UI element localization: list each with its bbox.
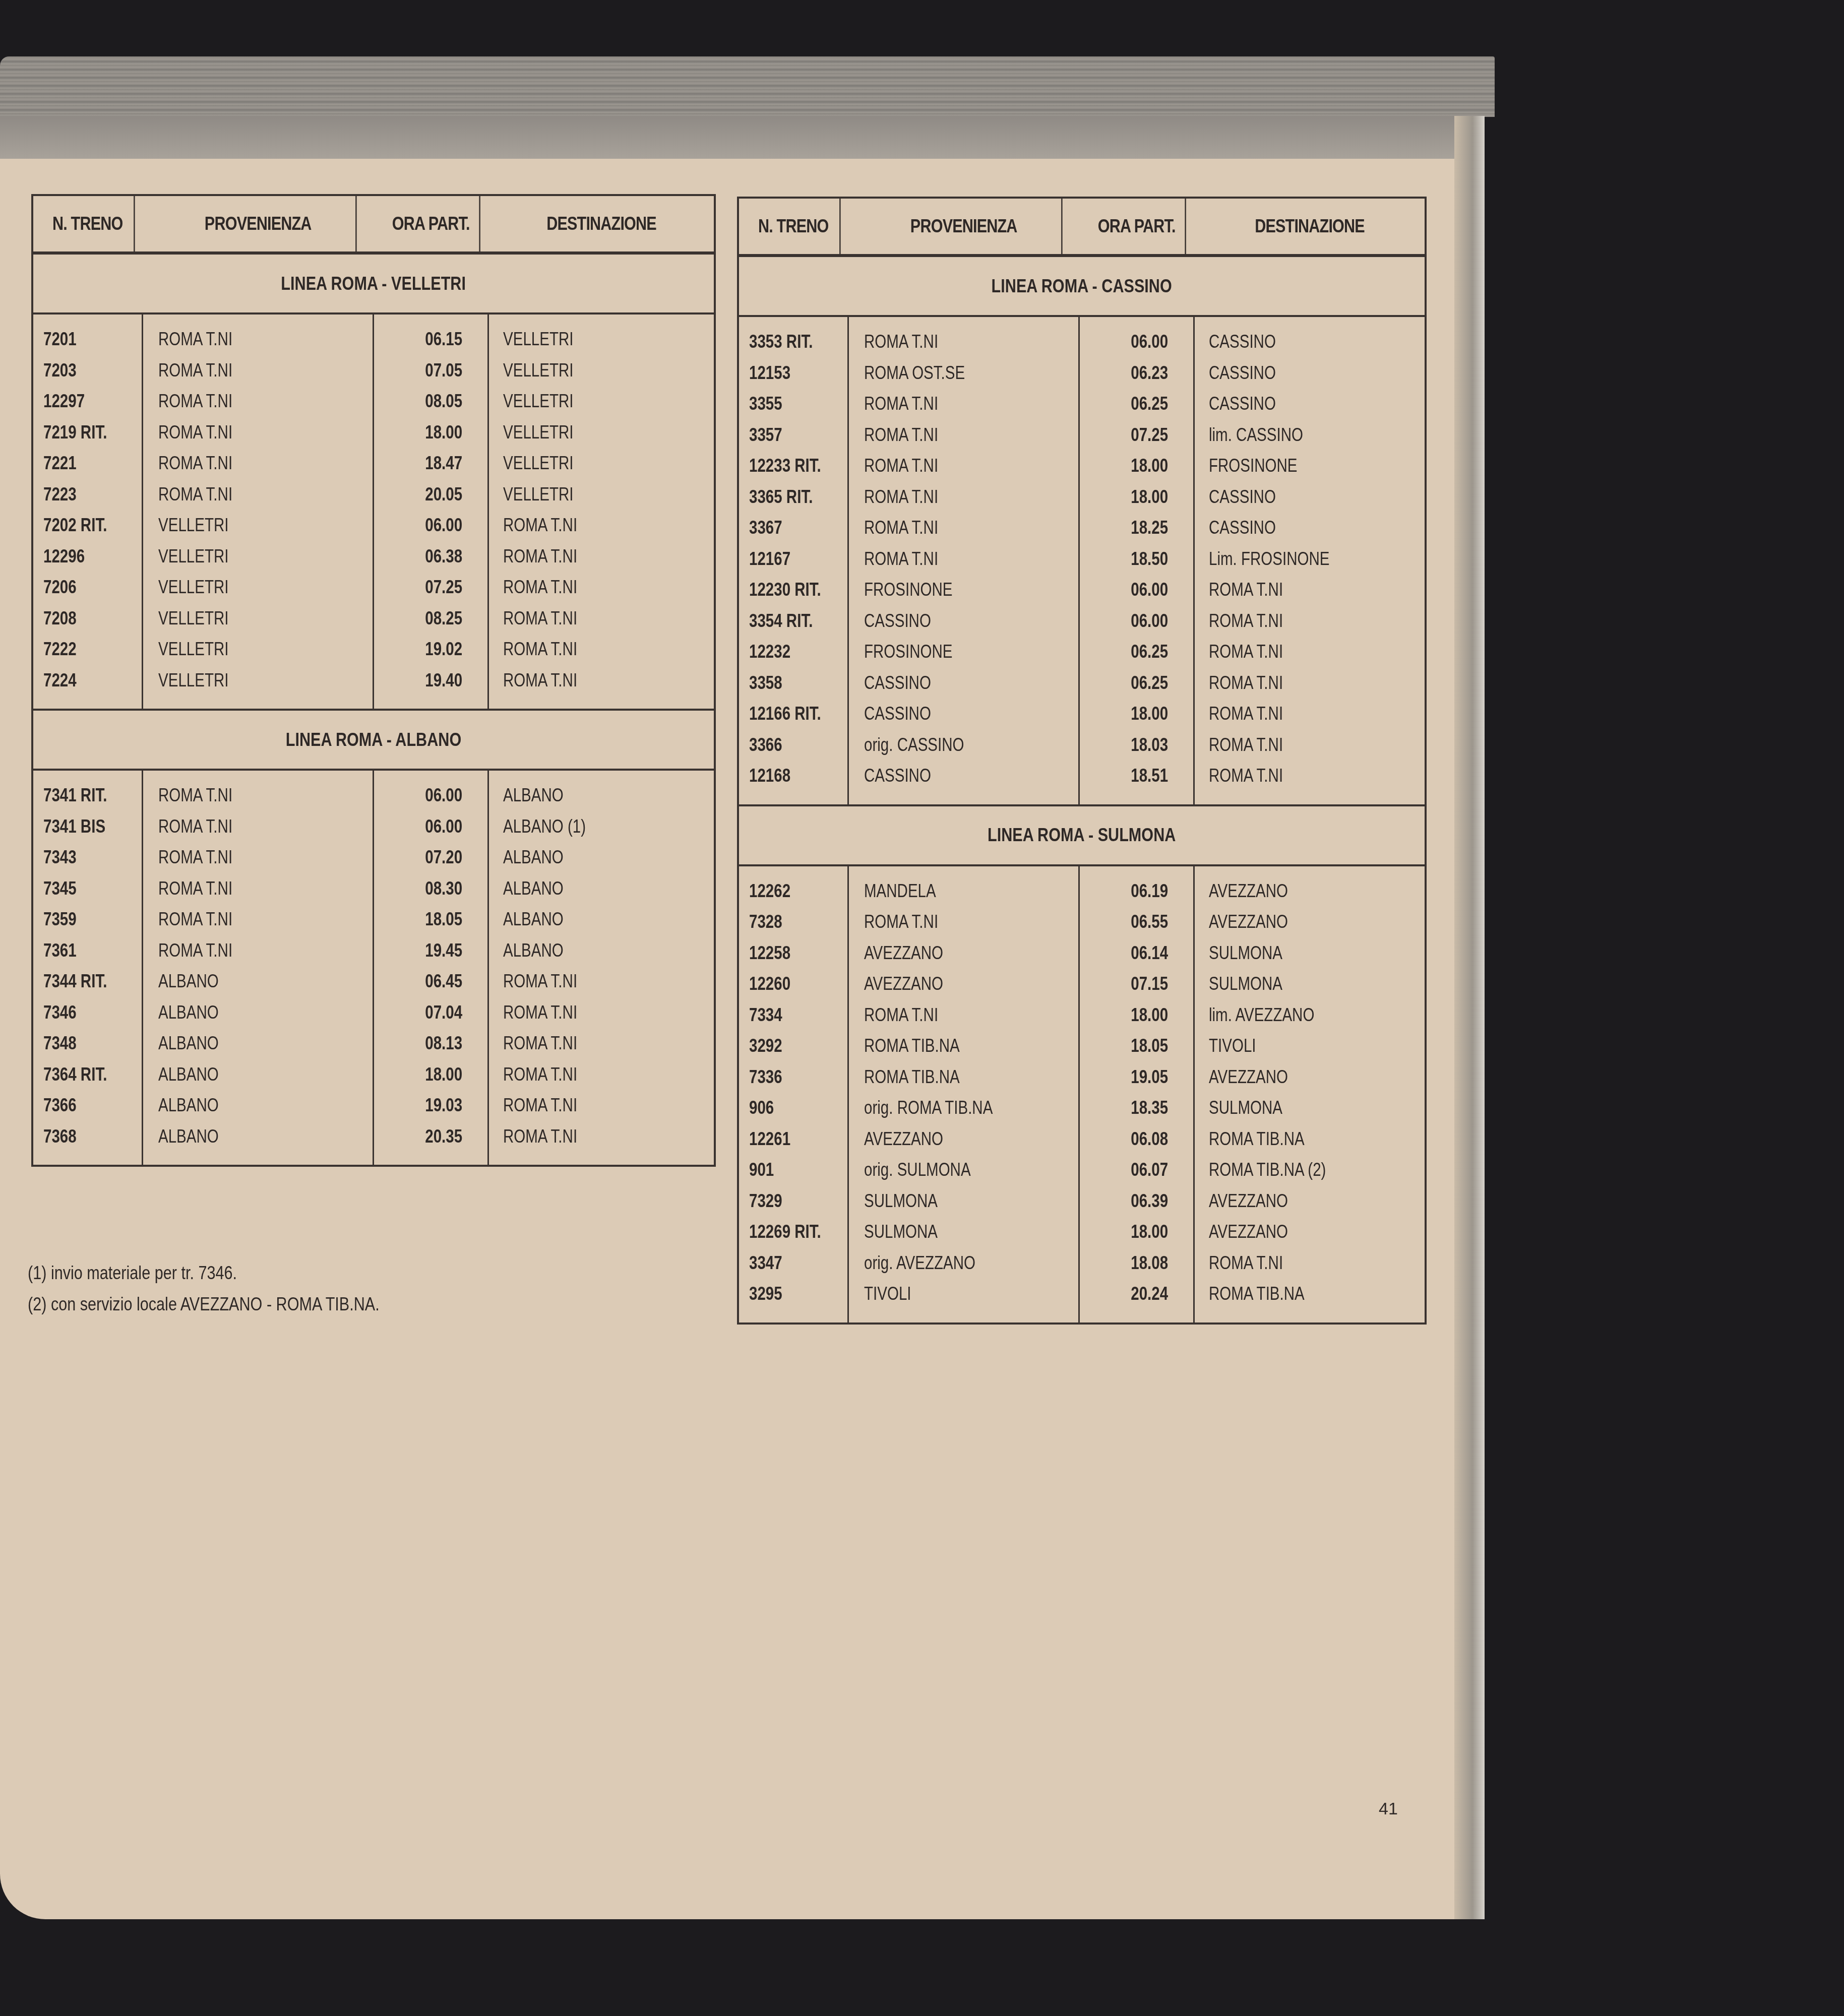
header-origin: PROVENIENZA — [160, 196, 356, 251]
departure-time-cell: 06.00 — [374, 811, 487, 842]
departure-time-cell: 07.25 — [374, 572, 487, 603]
train-number-cell: 7219 RIT. — [33, 417, 142, 448]
destination-cell: ROMA T.NI — [1195, 729, 1425, 761]
origin-cell: CASSINO — [849, 605, 1078, 637]
train-number-cell: 7343 — [33, 842, 142, 873]
train-number-cell: 12261 — [739, 1123, 847, 1155]
destination-column: ALBANOALBANO (1)ALBANOALBANOALBANOALBANO… — [489, 771, 714, 1165]
footnote-2: (2) con servizio locale AVEZZANO - ROMA … — [28, 1289, 442, 1320]
origin-cell: ROMA T.NI — [143, 873, 373, 904]
origin-cell: ROMA T.NI — [143, 355, 373, 386]
train-number-cell: 12153 — [739, 357, 847, 389]
departure-time-cell: 06.19 — [1080, 875, 1193, 907]
departure-time-cell: 18.05 — [1080, 1030, 1193, 1061]
train-number-cell: 3357 — [739, 419, 847, 451]
departure-time-cell: 06.00 — [1080, 574, 1193, 605]
destination-cell: VELLETRI — [489, 324, 714, 355]
destination-cell: ROMA T.NI — [489, 1121, 714, 1152]
departure-time-cell: 18.47 — [374, 448, 487, 479]
train-number-cell: 3353 RIT. — [739, 326, 847, 357]
origin-cell: AVEZZANO — [849, 968, 1078, 999]
destination-cell: VELLETRI — [489, 448, 714, 479]
departure-time-cell: 18.00 — [1080, 698, 1193, 729]
line-section: LINEA ROMA - SULMONA12262732812258122607… — [739, 806, 1425, 1322]
page-number: 41 — [1379, 1799, 1398, 1819]
departure-time-cell: 18.35 — [1080, 1092, 1193, 1123]
origin-cell: orig. CASSINO — [849, 729, 1078, 761]
destination-cell: ROMA T.NI — [489, 966, 714, 997]
destination-cell: SULMONA — [1195, 968, 1425, 999]
origin-cell: ROMA T.NI — [143, 479, 373, 510]
train-number-cell: 12167 — [739, 543, 847, 575]
train-number-cell: 7341 RIT. — [33, 780, 142, 811]
departure-time-cell: 06.00 — [374, 780, 487, 811]
departure-time-cell: 06.25 — [1080, 667, 1193, 699]
origin-cell: VELLETRI — [143, 603, 373, 634]
train-number-cell: 7345 — [33, 873, 142, 904]
destination-column: AVEZZANOAVEZZANOSULMONASULMONAlim. AVEZZ… — [1195, 866, 1425, 1322]
departure-time-cell: 06.07 — [1080, 1154, 1193, 1185]
train-rows: 7341 RIT.7341 BIS73437345735973617344 RI… — [33, 771, 714, 1165]
origin-cell: ALBANO — [143, 1090, 373, 1121]
origin-cell: ROMA T.NI — [143, 780, 373, 811]
origin-cell: AVEZZANO — [849, 1123, 1078, 1155]
destination-cell: ALBANO — [489, 780, 714, 811]
destination-cell: AVEZZANO — [1195, 875, 1425, 907]
train-number-cell: 12230 RIT. — [739, 574, 847, 605]
train-number-cell: 3367 — [739, 512, 847, 543]
departure-time-cell: 06.55 — [1080, 906, 1193, 937]
header-origin: PROVENIENZA — [866, 199, 1062, 254]
departure-time-cell: 06.38 — [374, 541, 487, 572]
origin-cell: ROMA T.NI — [143, 811, 373, 842]
train-number-cell: 3358 — [739, 667, 847, 699]
train-number-cell: 12260 — [739, 968, 847, 999]
departure-time-cell: 18.00 — [1080, 999, 1193, 1031]
origin-cell: ROMA OST.SE — [849, 357, 1078, 389]
departure-time-cell: 06.08 — [1080, 1123, 1193, 1155]
destination-cell: ALBANO — [489, 842, 714, 873]
destination-cell: CASSINO — [1195, 512, 1425, 543]
destination-cell: ROMA T.NI — [489, 572, 714, 603]
train-number-cell: 7208 — [33, 603, 142, 634]
departure-time-cell: 08.13 — [374, 1028, 487, 1059]
departure-time-cell: 06.00 — [374, 510, 487, 541]
origin-cell: CASSINO — [849, 667, 1078, 699]
destination-cell: ALBANO — [489, 935, 714, 966]
train-number-cell: 7201 — [33, 324, 142, 355]
destination-cell: ROMA T.NI — [489, 665, 714, 696]
origin-cell: CASSINO — [849, 698, 1078, 729]
departure-time-cell: 06.25 — [1080, 388, 1193, 419]
train-number-cell: 3355 — [739, 388, 847, 419]
origin-cell: MANDELA — [849, 875, 1078, 907]
destination-cell: CASSINO — [1195, 388, 1425, 419]
line-section: LINEA ROMA - VELLETRI72017203122977219 R… — [33, 255, 714, 711]
train-number-cell: 3354 RIT. — [739, 605, 847, 637]
train-number-cell: 3295 — [739, 1278, 847, 1309]
destination-column: VELLETRIVELLETRIVELLETRIVELLETRIVELLETRI… — [489, 314, 714, 709]
destination-cell: AVEZZANO — [1195, 1061, 1425, 1093]
origin-cell: orig. AVEZZANO — [849, 1247, 1078, 1279]
origin-cell: VELLETRI — [143, 634, 373, 665]
train-number-cell: 7221 — [33, 448, 142, 479]
train-number-cell: 7328 — [739, 906, 847, 937]
departure-time-cell: 19.40 — [374, 665, 487, 696]
train-number-cell: 7344 RIT. — [33, 966, 142, 997]
destination-cell: ROMA T.NI — [1195, 574, 1425, 605]
origin-cell: ROMA T.NI — [849, 326, 1078, 357]
train-number-cell: 7348 — [33, 1028, 142, 1059]
origin-column: ROMA T.NIROMA T.NIROMA T.NIROMA T.NIROMA… — [143, 771, 374, 1165]
train-number-cell: 12297 — [33, 386, 142, 417]
train-number-cell: 7341 BIS — [33, 811, 142, 842]
departure-time-cell: 20.24 — [1080, 1278, 1193, 1309]
departure-time-column: 06.0006.0007.2008.3018.0519.4506.4507.04… — [374, 771, 489, 1165]
departure-time-cell: 06.00 — [1080, 605, 1193, 637]
origin-cell: ALBANO — [143, 997, 373, 1028]
train-number-cell: 901 — [739, 1154, 847, 1185]
origin-cell: ALBANO — [143, 1059, 373, 1090]
origin-cell: ROMA T.NI — [143, 324, 373, 355]
departure-time-cell: 08.25 — [374, 603, 487, 634]
origin-cell: orig. ROMA TIB.NA — [849, 1092, 1078, 1123]
header-destination: DESTINAZIONE — [506, 196, 697, 251]
destination-cell: ROMA T.NI — [1195, 605, 1425, 637]
destination-cell: SULMONA — [1195, 1092, 1425, 1123]
destination-cell: VELLETRI — [489, 479, 714, 510]
origin-cell: ROMA T.NI — [849, 512, 1078, 543]
destination-cell: CASSINO — [1195, 326, 1425, 357]
header-train-number: N. TRENO — [747, 199, 840, 254]
destination-cell: Lim. FROSINONE — [1195, 543, 1425, 575]
train-number-cell: 12269 RIT. — [739, 1216, 847, 1247]
origin-cell: ALBANO — [143, 966, 373, 997]
page-right-edge — [1454, 116, 1485, 1919]
train-number-cell: 7206 — [33, 572, 142, 603]
destination-cell: ROMA T.NI — [1195, 760, 1425, 791]
train-number-column: 72017203122977219 RIT.722172237202 RIT.1… — [33, 314, 143, 709]
train-number-cell: 12262 — [739, 875, 847, 907]
origin-cell: ROMA T.NI — [849, 481, 1078, 513]
departure-time-cell: 18.25 — [1080, 512, 1193, 543]
destination-cell: CASSINO — [1195, 481, 1425, 513]
departure-time-cell: 19.45 — [374, 935, 487, 966]
origin-cell: AVEZZANO — [849, 937, 1078, 969]
right-sections: LINEA ROMA - CASSINO3353 RIT.12153335533… — [739, 257, 1425, 1322]
train-number-cell: 7222 — [33, 634, 142, 665]
departure-time-column: 06.1906.5506.1407.1518.0018.0519.0518.35… — [1080, 866, 1195, 1322]
origin-cell: VELLETRI — [143, 572, 373, 603]
train-number-cell: 12166 RIT. — [739, 698, 847, 729]
footnote-1: (1) invio materiale per tr. 7346. — [28, 1257, 442, 1289]
destination-cell: ROMA T.NI — [489, 510, 714, 541]
header-train-number: N. TRENO — [41, 196, 135, 251]
departure-time-cell: 18.00 — [374, 1059, 487, 1090]
destination-cell: VELLETRI — [489, 386, 714, 417]
destination-cell: FROSINONE — [1195, 450, 1425, 481]
train-number-cell: 12232 — [739, 636, 847, 667]
origin-cell: ROMA T.NI — [849, 543, 1078, 575]
train-number-cell: 7223 — [33, 479, 142, 510]
origin-cell: ALBANO — [143, 1121, 373, 1152]
destination-cell: ROMA TIB.NA — [1195, 1278, 1425, 1309]
destination-cell: ROMA T.NI — [1195, 667, 1425, 699]
departure-time-column: 06.0006.2306.2507.2518.0018.0018.2518.50… — [1080, 317, 1195, 804]
departure-time-cell: 18.05 — [374, 904, 487, 935]
train-number-cell: 7364 RIT. — [33, 1059, 142, 1090]
destination-cell: ROMA TIB.NA (2) — [1195, 1154, 1425, 1185]
departure-time-cell: 06.14 — [1080, 937, 1193, 969]
destination-cell: lim. AVEZZANO — [1195, 999, 1425, 1031]
destination-cell: CASSINO — [1195, 357, 1425, 389]
departure-time-cell: 06.25 — [1080, 636, 1193, 667]
destination-cell: ALBANO (1) — [489, 811, 714, 842]
departure-time-cell: 18.00 — [1080, 450, 1193, 481]
destination-cell: AVEZZANO — [1195, 1216, 1425, 1247]
departure-time-cell: 07.04 — [374, 997, 487, 1028]
train-number-cell: 7329 — [739, 1185, 847, 1217]
destination-cell: TIVOLI — [1195, 1030, 1425, 1061]
departure-time-cell: 19.03 — [374, 1090, 487, 1121]
origin-column: MANDELAROMA T.NIAVEZZANOAVEZZANOROMA T.N… — [849, 866, 1080, 1322]
header-departure-time: ORA PART. — [1088, 199, 1186, 254]
departure-time-cell: 07.05 — [374, 355, 487, 386]
train-number-cell: 12296 — [33, 541, 142, 572]
departure-time-cell: 20.35 — [374, 1121, 487, 1152]
departure-time-cell: 19.05 — [1080, 1061, 1193, 1093]
destination-cell: VELLETRI — [489, 417, 714, 448]
line-title: LINEA ROMA - VELLETRI — [33, 255, 714, 314]
train-number-cell: 7359 — [33, 904, 142, 935]
train-number-cell: 12168 — [739, 760, 847, 791]
train-number-column: 7341 RIT.7341 BIS73437345735973617344 RI… — [33, 771, 143, 1165]
origin-cell: FROSINONE — [849, 574, 1078, 605]
train-number-cell: 3292 — [739, 1030, 847, 1061]
train-number-cell: 12233 RIT. — [739, 450, 847, 481]
departure-time-cell: 18.08 — [1080, 1247, 1193, 1279]
destination-cell: ROMA T.NI — [1195, 698, 1425, 729]
line-title: LINEA ROMA - CASSINO — [739, 257, 1425, 317]
departure-time-cell: 19.02 — [374, 634, 487, 665]
origin-cell: orig. SULMONA — [849, 1154, 1078, 1185]
origin-cell: ROMA T.NI — [849, 450, 1078, 481]
origin-column: ROMA T.NIROMA OST.SEROMA T.NIROMA T.NIRO… — [849, 317, 1080, 804]
train-number-cell: 7203 — [33, 355, 142, 386]
destination-cell: ROMA T.NI — [1195, 636, 1425, 667]
origin-cell: ROMA T.NI — [143, 417, 373, 448]
departure-time-cell: 06.15 — [374, 324, 487, 355]
origin-column: ROMA T.NIROMA T.NIROMA T.NIROMA T.NIROMA… — [143, 314, 374, 709]
destination-cell: SULMONA — [1195, 937, 1425, 969]
destination-cell: AVEZZANO — [1195, 1185, 1425, 1217]
departure-time-cell: 18.00 — [1080, 481, 1193, 513]
destination-cell: ROMA T.NI — [489, 603, 714, 634]
table-header: N. TRENO PROVENIENZA ORA PART. DESTINAZI… — [33, 196, 714, 255]
departure-time-column: 06.1507.0508.0518.0018.4720.0506.0006.38… — [374, 314, 489, 709]
train-number-cell: 3365 RIT. — [739, 481, 847, 513]
book-page-edges — [0, 56, 1495, 117]
line-title: LINEA ROMA - SULMONA — [739, 806, 1425, 866]
origin-cell: SULMONA — [849, 1185, 1078, 1217]
destination-cell: ROMA T.NI — [1195, 1247, 1425, 1279]
origin-cell: ROMA T.NI — [143, 904, 373, 935]
departure-time-cell: 20.05 — [374, 479, 487, 510]
departure-time-cell: 08.30 — [374, 873, 487, 904]
origin-cell: VELLETRI — [143, 510, 373, 541]
departure-time-cell: 18.00 — [374, 417, 487, 448]
departure-time-cell: 07.25 — [1080, 419, 1193, 451]
train-rows: 1226273281225812260733432927336906122619… — [739, 866, 1425, 1322]
origin-cell: VELLETRI — [143, 665, 373, 696]
origin-cell: ROMA T.NI — [143, 935, 373, 966]
origin-cell: VELLETRI — [143, 541, 373, 572]
train-rows: 72017203122977219 RIT.722172237202 RIT.1… — [33, 314, 714, 709]
origin-cell: ROMA T.NI — [143, 448, 373, 479]
origin-cell: ROMA T.NI — [849, 388, 1078, 419]
destination-cell: ROMA T.NI — [489, 1090, 714, 1121]
destination-cell: ALBANO — [489, 904, 714, 935]
departure-time-cell: 18.03 — [1080, 729, 1193, 761]
line-title: LINEA ROMA - ALBANO — [33, 711, 714, 771]
origin-cell: SULMONA — [849, 1216, 1078, 1247]
train-number-cell: 7361 — [33, 935, 142, 966]
line-section: LINEA ROMA - ALBANO7341 RIT.7341 BIS7343… — [33, 711, 714, 1165]
destination-cell: ROMA T.NI — [489, 1059, 714, 1090]
train-number-column: 1226273281225812260733432927336906122619… — [739, 866, 849, 1322]
origin-cell: FROSINONE — [849, 636, 1078, 667]
train-number-cell: 12258 — [739, 937, 847, 969]
departure-time-cell: 06.45 — [374, 966, 487, 997]
header-departure-time: ORA PART. — [383, 196, 480, 251]
destination-cell: ROMA T.NI — [489, 997, 714, 1028]
departure-time-cell: 06.39 — [1080, 1185, 1193, 1217]
train-number-cell: 7202 RIT. — [33, 510, 142, 541]
departure-time-cell: 18.50 — [1080, 543, 1193, 575]
destination-cell: ROMA T.NI — [489, 634, 714, 665]
left-sections: LINEA ROMA - VELLETRI72017203122977219 R… — [33, 255, 714, 1165]
destination-cell: AVEZZANO — [1195, 906, 1425, 937]
train-rows: 3353 RIT.121533355335712233 RIT.3365 RIT… — [739, 317, 1425, 804]
departure-time-cell: 18.51 — [1080, 760, 1193, 791]
destination-cell: lim. CASSINO — [1195, 419, 1425, 451]
train-number-cell: 7368 — [33, 1121, 142, 1152]
train-number-column: 3353 RIT.121533355335712233 RIT.3365 RIT… — [739, 317, 849, 804]
train-number-cell: 906 — [739, 1092, 847, 1123]
departure-time-cell: 06.00 — [1080, 326, 1193, 357]
timetable-left: N. TRENO PROVENIENZA ORA PART. DESTINAZI… — [31, 194, 716, 1167]
footnotes: (1) invio materiale per tr. 7346. (2) co… — [28, 1257, 442, 1320]
departure-time-cell: 07.20 — [374, 842, 487, 873]
train-number-cell: 7346 — [33, 997, 142, 1028]
line-section: LINEA ROMA - CASSINO3353 RIT.12153335533… — [739, 257, 1425, 806]
origin-cell: ROMA T.NI — [849, 419, 1078, 451]
train-number-cell: 7336 — [739, 1061, 847, 1093]
destination-cell: ALBANO — [489, 873, 714, 904]
train-number-cell: 7224 — [33, 665, 142, 696]
origin-cell: ROMA T.NI — [143, 842, 373, 873]
train-number-cell: 3347 — [739, 1247, 847, 1279]
origin-cell: ROMA T.NI — [849, 999, 1078, 1031]
origin-cell: TIVOLI — [849, 1278, 1078, 1309]
train-number-cell: 7334 — [739, 999, 847, 1031]
departure-time-cell: 07.15 — [1080, 968, 1193, 999]
origin-cell: CASSINO — [849, 760, 1078, 791]
destination-cell: VELLETRI — [489, 355, 714, 386]
departure-time-cell: 18.00 — [1080, 1216, 1193, 1247]
origin-cell: ROMA TIB.NA — [849, 1030, 1078, 1061]
page-top-shadow — [0, 116, 1454, 159]
destination-cell: ROMA T.NI — [489, 1028, 714, 1059]
train-number-cell: 7366 — [33, 1090, 142, 1121]
train-number-cell: 3366 — [739, 729, 847, 761]
origin-cell: ROMA T.NI — [143, 386, 373, 417]
destination-cell: ROMA T.NI — [489, 541, 714, 572]
destination-column: CASSINOCASSINOCASSINOlim. CASSINOFROSINO… — [1195, 317, 1425, 804]
header-destination: DESTINAZIONE — [1212, 199, 1407, 254]
origin-cell: ROMA TIB.NA — [849, 1061, 1078, 1093]
origin-cell: ALBANO — [143, 1028, 373, 1059]
timetable-right: N. TRENO PROVENIENZA ORA PART. DESTINAZI… — [737, 197, 1427, 1325]
destination-cell: ROMA TIB.NA — [1195, 1123, 1425, 1155]
table-header: N. TRENO PROVENIENZA ORA PART. DESTINAZI… — [739, 199, 1425, 257]
departure-time-cell: 08.05 — [374, 386, 487, 417]
departure-time-cell: 06.23 — [1080, 357, 1193, 389]
origin-cell: ROMA T.NI — [849, 906, 1078, 937]
